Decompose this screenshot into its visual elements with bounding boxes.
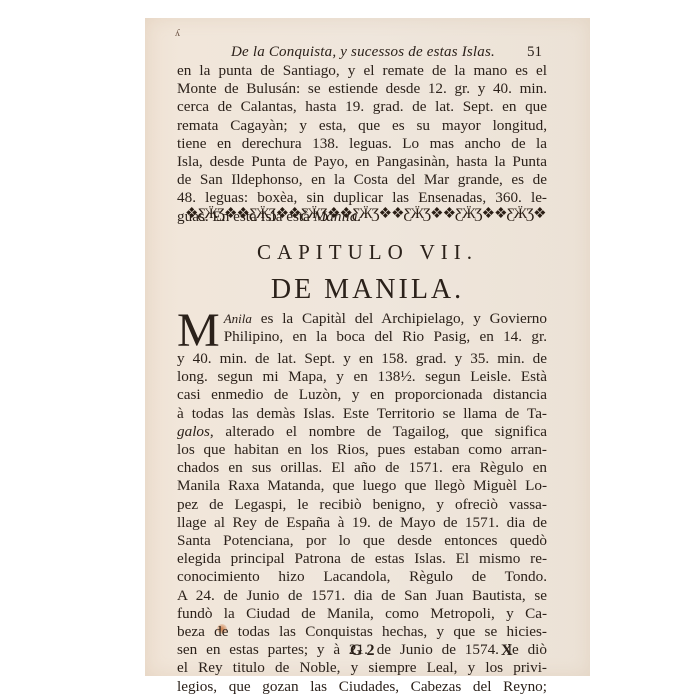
text-line: elegida principal Patrona de estas Islas…: [177, 550, 547, 568]
ink-mark: ʎ: [175, 28, 180, 39]
book-page: ʎ De la Conquista, y sucessos de estas I…: [145, 18, 590, 676]
text-line: los que habitan en los Rios, pues estaba…: [177, 441, 547, 459]
fleuron-ornament-icon: ❖ƸӜƷ❖: [443, 204, 495, 223]
text-line: casi enmedio de Luzòn, y en proporcionad…: [177, 386, 547, 404]
fleuron-ornament-icon: ❖ƸӜƷ❖: [237, 204, 289, 223]
text-line: Manila Raxa Matanda, que luego que llegò…: [177, 477, 547, 495]
text-line: llage al Rey de España à 19. de Mayo de …: [177, 514, 547, 532]
text-line: long. segun mi Mapa, y en 138½. segun Le…: [177, 368, 547, 386]
continuation-paragraph: en la punta de Santiago, y el remate de …: [177, 62, 547, 226]
text-line: legios, que gozan las Ciudades, Cabezas …: [177, 678, 547, 696]
page-number: 51: [527, 44, 542, 61]
chapter-paragraph: M Anila es la Capitàl del Archipielago, …: [177, 310, 547, 696]
text-line: chados en sus orillas. El año de 1571. e…: [177, 459, 547, 477]
text-line: beza de todas las Conquistas hechas, y q…: [177, 623, 547, 641]
text-line: fundò la Ciudad de Manila, como Metropol…: [177, 605, 547, 623]
text-line: cerca de Calantas, hasta 19. grad. de la…: [177, 98, 547, 116]
text-line: Philipino, en la boca del Rio Pasig, en …: [177, 328, 547, 346]
chapter-number: CAPITULO VII.: [145, 240, 590, 265]
text-line: de San Ildephonso, en la Costa del Mar g…: [177, 171, 547, 189]
text-line: Anila es la Capitàl del Archipielago, y …: [177, 310, 547, 328]
text-line: galos, alterado el nombre de Tagailog, q…: [177, 423, 547, 441]
fleuron-ornament-icon: ❖ƸӜƷ❖: [340, 204, 392, 223]
drop-cap: M: [177, 312, 220, 350]
fleuron-ornament-icon: ❖ƸӜƷ❖: [185, 204, 237, 223]
italic-word: Anila: [224, 311, 252, 326]
text-line: tiene en derechura 138. leguas. Lo mas a…: [177, 135, 547, 153]
text-line: pez de Legaspi, le recibiò benigno, y of…: [177, 496, 547, 514]
text-line: y 40. min. de lat. Sept. y en 158. grad.…: [177, 350, 547, 368]
chapter-title: DE MANILA.: [145, 274, 590, 306]
text-line: A 24. de Junio de 1571. dia de San Juan …: [177, 587, 547, 605]
text-line: Isla, desde Punta de Payo, en Pangasinàn…: [177, 153, 547, 171]
fleuron-ornament-icon: ❖ƸӜƷ❖: [288, 204, 340, 223]
text-line: remata Cagayàn; y esta, que es su mayor …: [177, 117, 547, 135]
text-line: conocimiento hizo Lacandola, Règulo de T…: [177, 568, 547, 586]
italic-word: galos: [177, 423, 210, 440]
text-line: Monte de Bulusán: se estiende desde 12. …: [177, 80, 547, 98]
running-head: De la Conquista, y sucessos de estas Isl…: [193, 44, 533, 61]
fleuron-ornament-icon: ❖ƸӜƷ❖: [494, 204, 546, 223]
catchword: X: [501, 642, 513, 660]
text-line: el Rey titulo de Noble, y siempre Leal, …: [177, 659, 547, 677]
text-line: à todas las demàs Islas. Este Territorio…: [177, 405, 547, 423]
text-line: en la punta de Santiago, y el remate de …: [177, 62, 547, 80]
signature-mark: G 2: [350, 642, 374, 660]
text-line: Santa Potenciana, por lo que desde enton…: [177, 532, 547, 550]
printers-ornament-band: ❖ƸӜƷ❖ ❖ƸӜƷ❖ ❖ƸӜƷ❖ ❖ƸӜƷ❖ ❖ƸӜƷ❖ ❖ƸӜƷ❖ ❖ƸӜƷ…: [185, 204, 515, 223]
fleuron-ornament-icon: ❖ƸӜƷ❖: [391, 204, 443, 223]
